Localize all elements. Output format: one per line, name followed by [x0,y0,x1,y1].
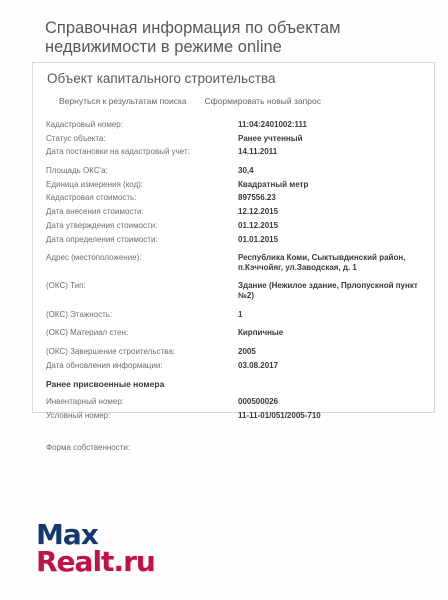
field-row: (ОКС) Этажность:1 [46,308,421,322]
field-row: (ОКС) Материал стен:Кирпичные [46,326,421,340]
new-request-link[interactable]: Сформировать новый запрос [205,96,321,106]
field-label: (ОКС) Тип: [46,281,238,291]
field-row: Дата внесения стоимости:12.12.2015 [46,205,421,219]
field-row: Адрес (местоположение):Республика Коми, … [46,251,421,274]
field-value: 12.12.2015 [238,207,421,217]
field-group: Форма собственности: [46,441,421,455]
field-group: (ОКС) Завершение строительства:2005Дата … [46,345,421,372]
field-value: Здание (Нежилое здание, Прлопускной пунк… [238,281,421,300]
field-group: (ОКС) Этажность:1 [46,308,421,322]
field-value: Кирпичные [238,328,421,338]
field-value: Ранее учтенный [238,134,421,144]
field-row: Дата обновления информации:03.08.2017 [46,359,421,373]
field-row: Форма собственности: [46,441,421,455]
field-value: 01.01.2015 [238,235,421,245]
field-value: 11:04:2401002:111 [238,120,421,130]
field-row: Дата утверждения стоимости:01.12.2015 [46,219,421,233]
logo-line-realt: Realt.ru [36,548,155,575]
field-label: Статус объекта: [46,134,238,144]
field-label: Адрес (местоположение): [46,253,238,263]
field-label: (ОКС) Этажность: [46,310,238,320]
field-label: Дата определения стоимости: [46,235,238,245]
field-row: Инвентарный номер:000500026 [46,395,421,409]
field-value: 14.11.2011 [238,147,421,157]
field-group: Площадь ОКС'а:30,4Единица измерения (код… [46,164,421,246]
field-label: Кадастровая стоимость: [46,193,238,203]
logo-line-max: Max [36,521,155,548]
field-group: Адрес (местоположение):Республика Коми, … [46,251,421,274]
field-value: 11-11-01/051/2005-710 [238,411,421,421]
field-row: Кадастровый номер:11:04:2401002:111 [46,118,421,132]
field-label: Единица измерения (код): [46,180,238,190]
field-value: 1 [238,310,421,320]
back-to-results-link[interactable]: Вернуться к результатам поиска [59,96,187,106]
field-group: Кадастровый номер:11:04:2401002:111Стату… [46,118,421,159]
field-label: (ОКС) Материал стен: [46,328,238,338]
field-value: 2005 [238,347,421,357]
field-value: Квадратный метр [238,180,421,190]
field-group: (ОКС) Тип:Здание (Нежилое здание, Прлопу… [46,279,421,302]
field-value: 01.12.2015 [238,221,421,231]
object-panel: Объект капитального строительства Вернут… [32,62,435,413]
field-label: Условный номер: [46,411,238,421]
field-row: Дата определения стоимости:01.01.2015 [46,233,421,247]
group-header: Ранее присвоенные номера [46,379,421,389]
field-value: 897556.23 [238,193,421,203]
field-row: Статус объекта:Ранее учтенный [46,132,421,146]
field-label: Дата утверждения стоимости: [46,221,238,231]
field-row: Кадастровая стоимость:897556.23 [46,191,421,205]
field-value: 03.08.2017 [238,361,421,371]
section-title: Объект капитального строительства [47,71,434,86]
field-row: Условный номер:11-11-01/051/2005-710 [46,409,421,423]
field-value: 000500026 [238,397,421,407]
field-label: (ОКС) Завершение строительства: [46,347,238,357]
field-group: (ОКС) Материал стен:Кирпичные [46,326,421,340]
field-value: 30,4 [238,166,421,176]
field-row: Площадь ОКС'а:30,4 [46,164,421,178]
maxrealt-logo: Max Realt.ru [36,521,155,575]
field-group: Ранее присвоенные номераИнвентарный номе… [46,379,421,422]
field-label: Форма собственности: [46,443,238,453]
field-row: (ОКС) Тип:Здание (Нежилое здание, Прлопу… [46,279,421,302]
page: Справочная информация по объектам недвиж… [0,0,448,600]
field-value: Республика Коми, Сыктывдинский район, п.… [238,253,421,272]
field-row: Дата постановки на кадастровый учет:14.1… [46,145,421,159]
field-row: (ОКС) Завершение строительства:2005 [46,345,421,359]
fields: Кадастровый номер:11:04:2401002:111Стату… [46,118,421,454]
page-title: Справочная информация по объектам недвиж… [45,19,435,57]
field-label: Дата постановки на кадастровый учет: [46,147,238,157]
field-label: Дата внесения стоимости: [46,207,238,217]
field-label: Дата обновления информации: [46,361,238,371]
field-label: Площадь ОКС'а: [46,166,238,176]
links-row: Вернуться к результатам поиска Сформиров… [59,96,434,106]
field-label: Инвентарный номер: [46,397,238,407]
field-label: Кадастровый номер: [46,120,238,130]
field-row: Единица измерения (код):Квадратный метр [46,178,421,192]
